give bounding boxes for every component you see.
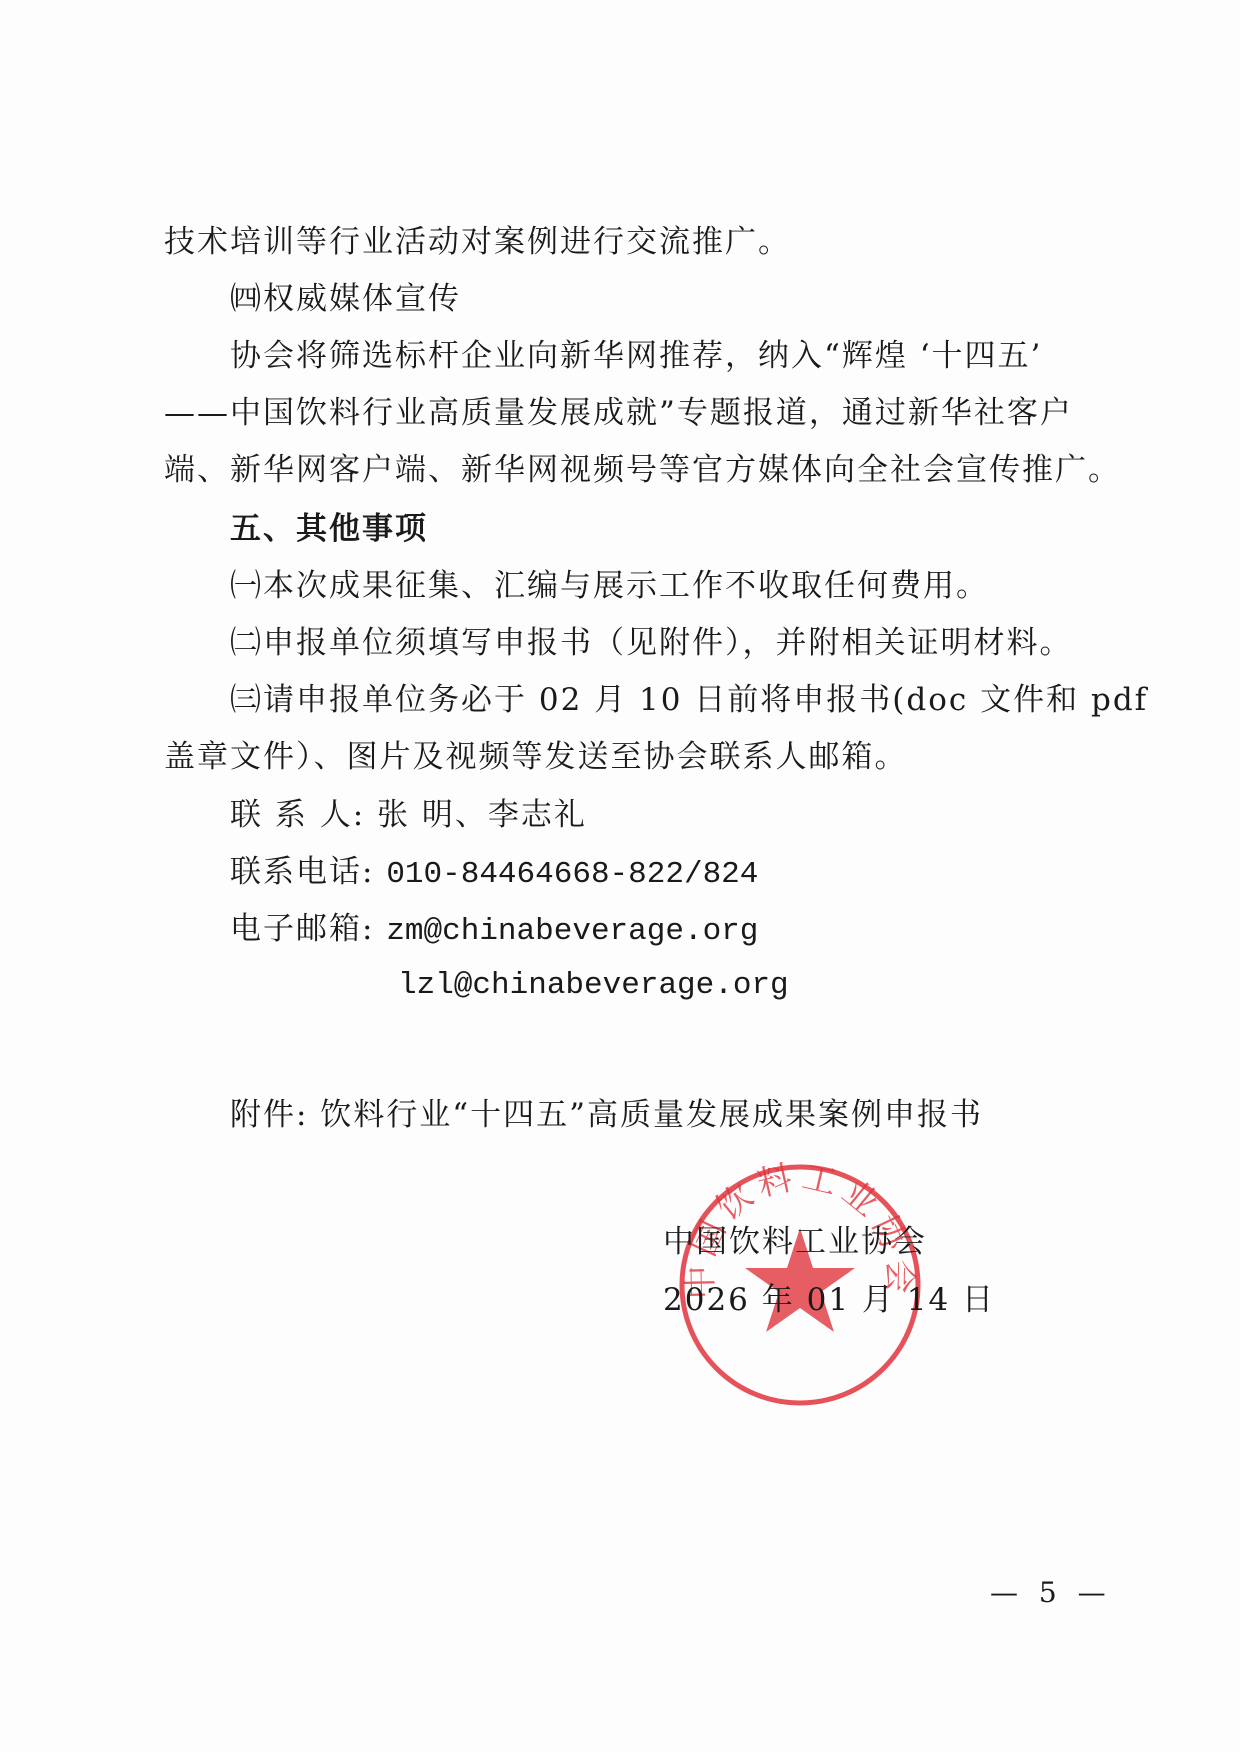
signature-organization: 中国饮料工业协会 <box>663 1222 927 1262</box>
paragraph-text: ——中国饮料行业高质量发展成就”专题报道，通过新华社客户 <box>164 393 1073 433</box>
contact-phone-row: 联系电话: 010-84464668-822/824 <box>230 852 758 895</box>
subsection-heading: ㈣权威媒体宣传 <box>230 279 461 319</box>
contact-email-1[interactable]: zm@chinabeverage.org <box>386 914 758 949</box>
contact-phone-value: 010-84464668-822/824 <box>386 857 758 892</box>
section-heading: 五、其他事项 <box>230 509 428 549</box>
attachment-note: 附件: 饮料行业“十四五”高质量发展成果案例申报书 <box>230 1095 983 1135</box>
contact-email-2[interactable]: lzl@chinabeverage.org <box>398 966 789 1006</box>
contact-person-label: 联 系 人: <box>230 795 365 835</box>
list-item: 盖章文件）、图片及视频等发送至协会联系人邮箱。 <box>164 737 908 777</box>
signature-date: 2026 年 01 月 14 日 <box>663 1280 995 1320</box>
list-item: ㈠本次成果征集、汇编与展示工作不收取任何费用。 <box>230 566 989 606</box>
paragraph-text: 协会将筛选标杆企业向新华网推荐，纳入“辉煌 ‘十四五’ <box>230 336 1042 376</box>
document-page: 技术培训等行业活动对案例进行交流推广。 ㈣权威媒体宣传 协会将筛选标杆企业向新华… <box>0 0 1240 1752</box>
list-item: ㈡申报单位须填写申报书（见附件），并附相关证明材料。 <box>230 623 1073 663</box>
contact-person-row: 联 系 人: 张 明、李志礼 <box>230 795 587 835</box>
contact-email-label: 电子邮箱: <box>230 909 374 949</box>
paragraph-text: 技术培训等行业活动对案例进行交流推广。 <box>164 222 791 262</box>
paragraph-text: 端、新华网客户端、新华网视频号等官方媒体向全社会宣传推广。 <box>164 450 1121 490</box>
page-number: — 5 — <box>990 1576 1112 1609</box>
contact-phone-label: 联系电话: <box>230 852 374 892</box>
contact-person-value: 张 明、李志礼 <box>377 797 587 833</box>
contact-email-row: 电子邮箱: zm@chinabeverage.org <box>230 909 758 952</box>
list-item: ㈢请申报单位务必于 02 月 10 日前将申报书(doc 文件和 pdf <box>230 680 1148 720</box>
